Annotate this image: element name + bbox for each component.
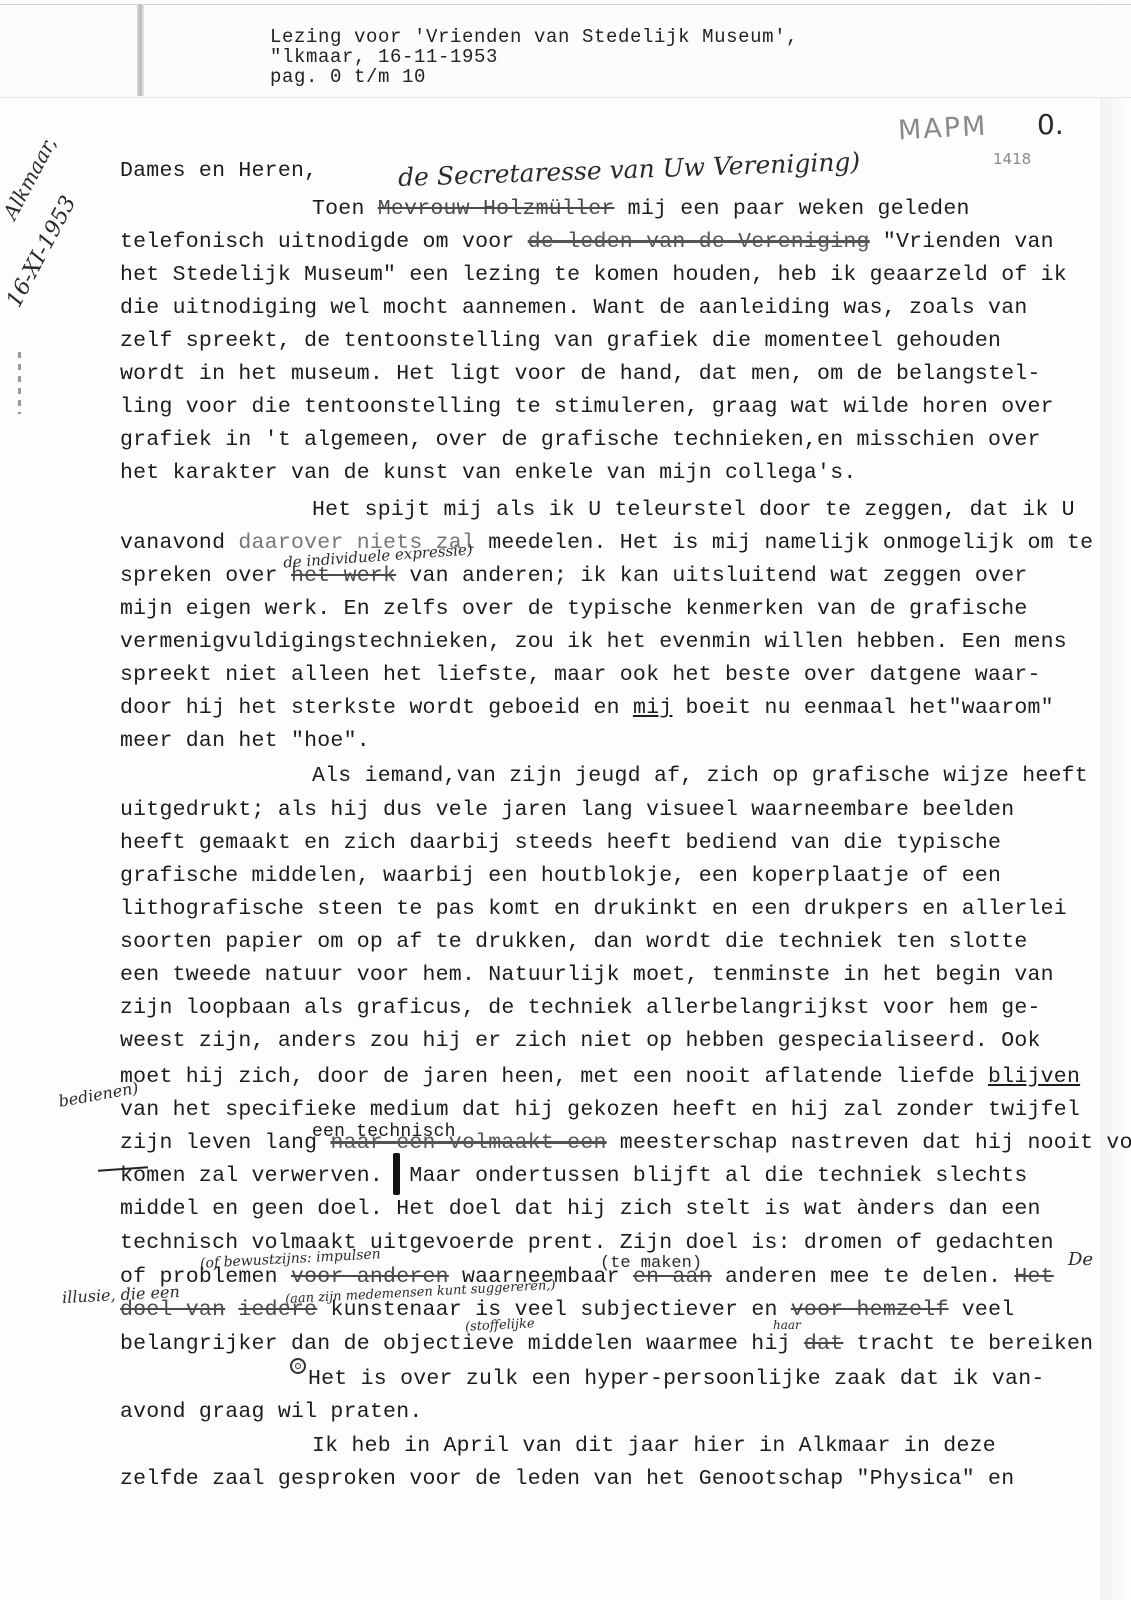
header-place-date: "lkmaar, 16-11-1953 bbox=[270, 47, 498, 67]
p3-line-14: middel en geen doel. Het doel dat hij zi… bbox=[120, 1196, 1041, 1222]
salutation: Dames en Heren, bbox=[120, 158, 317, 184]
p3-line-12: zijn leven lang naar een volmaakt een me… bbox=[120, 1130, 1131, 1156]
p1-line-3: het Stedelijk Museum" een lezing te kome… bbox=[120, 262, 1067, 288]
p3-line-13: komen zal verwerven. Maar ondertussen bl… bbox=[120, 1163, 1028, 1189]
p3-line-8: zijn loopbaan als graficus, de techniek … bbox=[120, 995, 1041, 1021]
p3-line-18: belangrijker dan de objectieve middelen … bbox=[120, 1331, 1093, 1357]
p3-line-6: soorten papier om op af te drukken, dan … bbox=[120, 929, 1028, 955]
header-title: Lezing voor 'Vrienden van Stedelijk Muse… bbox=[270, 27, 798, 47]
page-number: 0. bbox=[1037, 108, 1064, 141]
p3-line-17: doel van iedere kunstenaar is veel subje… bbox=[120, 1297, 1014, 1323]
p3-line-4: grafische middelen, waarbij een houtblok… bbox=[120, 863, 1001, 889]
p3-line-2: uitgedrukt; als hij dus vele jaren lang … bbox=[120, 797, 1014, 823]
insert-de: De bbox=[1068, 1249, 1093, 1270]
p1-line-6: wordt in het museum. Het ligt voor de ha… bbox=[120, 361, 1041, 387]
p2-line-1: Het spijt mij als ik U teleurstel door t… bbox=[312, 497, 1075, 523]
label-edge-shadow bbox=[137, 4, 144, 96]
p2-line-6: spreekt niet alleen het liefste, maar oo… bbox=[120, 662, 1041, 688]
p4-line-2: avond graag wil praten. bbox=[120, 1399, 423, 1425]
p1-line-8: grafiek in 't algemeen, over de grafisch… bbox=[120, 427, 1041, 453]
p2-line-2: vanavond daarover niets zal meedelen. He… bbox=[120, 530, 1093, 556]
insert-haar: haar bbox=[773, 1318, 801, 1332]
p1-line-5: zelf spreekt, de tentoonstelling van gra… bbox=[120, 328, 1001, 354]
p5-line-1: Ik heb in April van dit jaar hier in Alk… bbox=[312, 1433, 996, 1459]
p3-line-5: lithografische steen te pas komt en druk… bbox=[120, 896, 1067, 922]
margin-tick-marks bbox=[18, 352, 21, 414]
p2-line-7: door hij het sterkste wordt geboeid en m… bbox=[120, 695, 1054, 721]
p2-line-4: mijn eigen werk. En zelfs over de typisc… bbox=[120, 596, 1028, 622]
paragraph-insert-mark bbox=[290, 1358, 306, 1374]
p1-line-2: telefonisch uitnodigde om voor de leden … bbox=[120, 229, 1054, 255]
p4-line-1: Het is over zulk een hyper-persoonlijke … bbox=[308, 1366, 1045, 1392]
p3-line-10: moet hij zich, door de jaren heen, met e… bbox=[120, 1064, 1080, 1090]
header-label-strip bbox=[0, 4, 1131, 98]
p3-line-1: Als iemand,van zijn jeugd af, zich op gr… bbox=[312, 763, 1088, 789]
p3-line-9: weest zijn, anders zou hij er zich niet … bbox=[120, 1028, 1041, 1054]
header-pages: pag. 0 t/m 10 bbox=[270, 67, 426, 87]
page-edge-shadow bbox=[1100, 30, 1131, 1600]
p3-line-7: een tweede natuur voor hem. Natuurlijk m… bbox=[120, 962, 1054, 988]
p2-line-5: vermenigvuldigingstechnieken, zou ik het… bbox=[120, 629, 1067, 655]
insertion-mark bbox=[393, 1153, 400, 1195]
archive-code: MAPM bbox=[897, 111, 988, 147]
p3-line-16: of problemen voor anderen waarneembaar e… bbox=[120, 1264, 1054, 1290]
p1-line-7: ling voor die tentoonstelling te stimule… bbox=[120, 394, 1054, 420]
p3-line-3: heeft gemaakt en zich daarbij steeds hee… bbox=[120, 830, 1001, 856]
p3-line-11: van het specifieke medium dat hij gekoze… bbox=[120, 1097, 1080, 1123]
p1-line-1: Toen Mevrouw Holzmüller mij een paar wek… bbox=[312, 196, 970, 222]
p2-line-3: spreken over het werk van anderen; ik ka… bbox=[120, 563, 1028, 589]
p1-line-4: die uitnodiging wel mocht aannemen. Want… bbox=[120, 295, 1028, 321]
p2-line-8: meer dan het "hoe". bbox=[120, 728, 370, 754]
p5-line-2: zelfde zaal gesproken voor de leden van … bbox=[120, 1466, 1014, 1492]
p1-line-9: het karakter van de kunst van enkele van… bbox=[120, 460, 857, 486]
archive-number: 1418 bbox=[993, 150, 1031, 168]
